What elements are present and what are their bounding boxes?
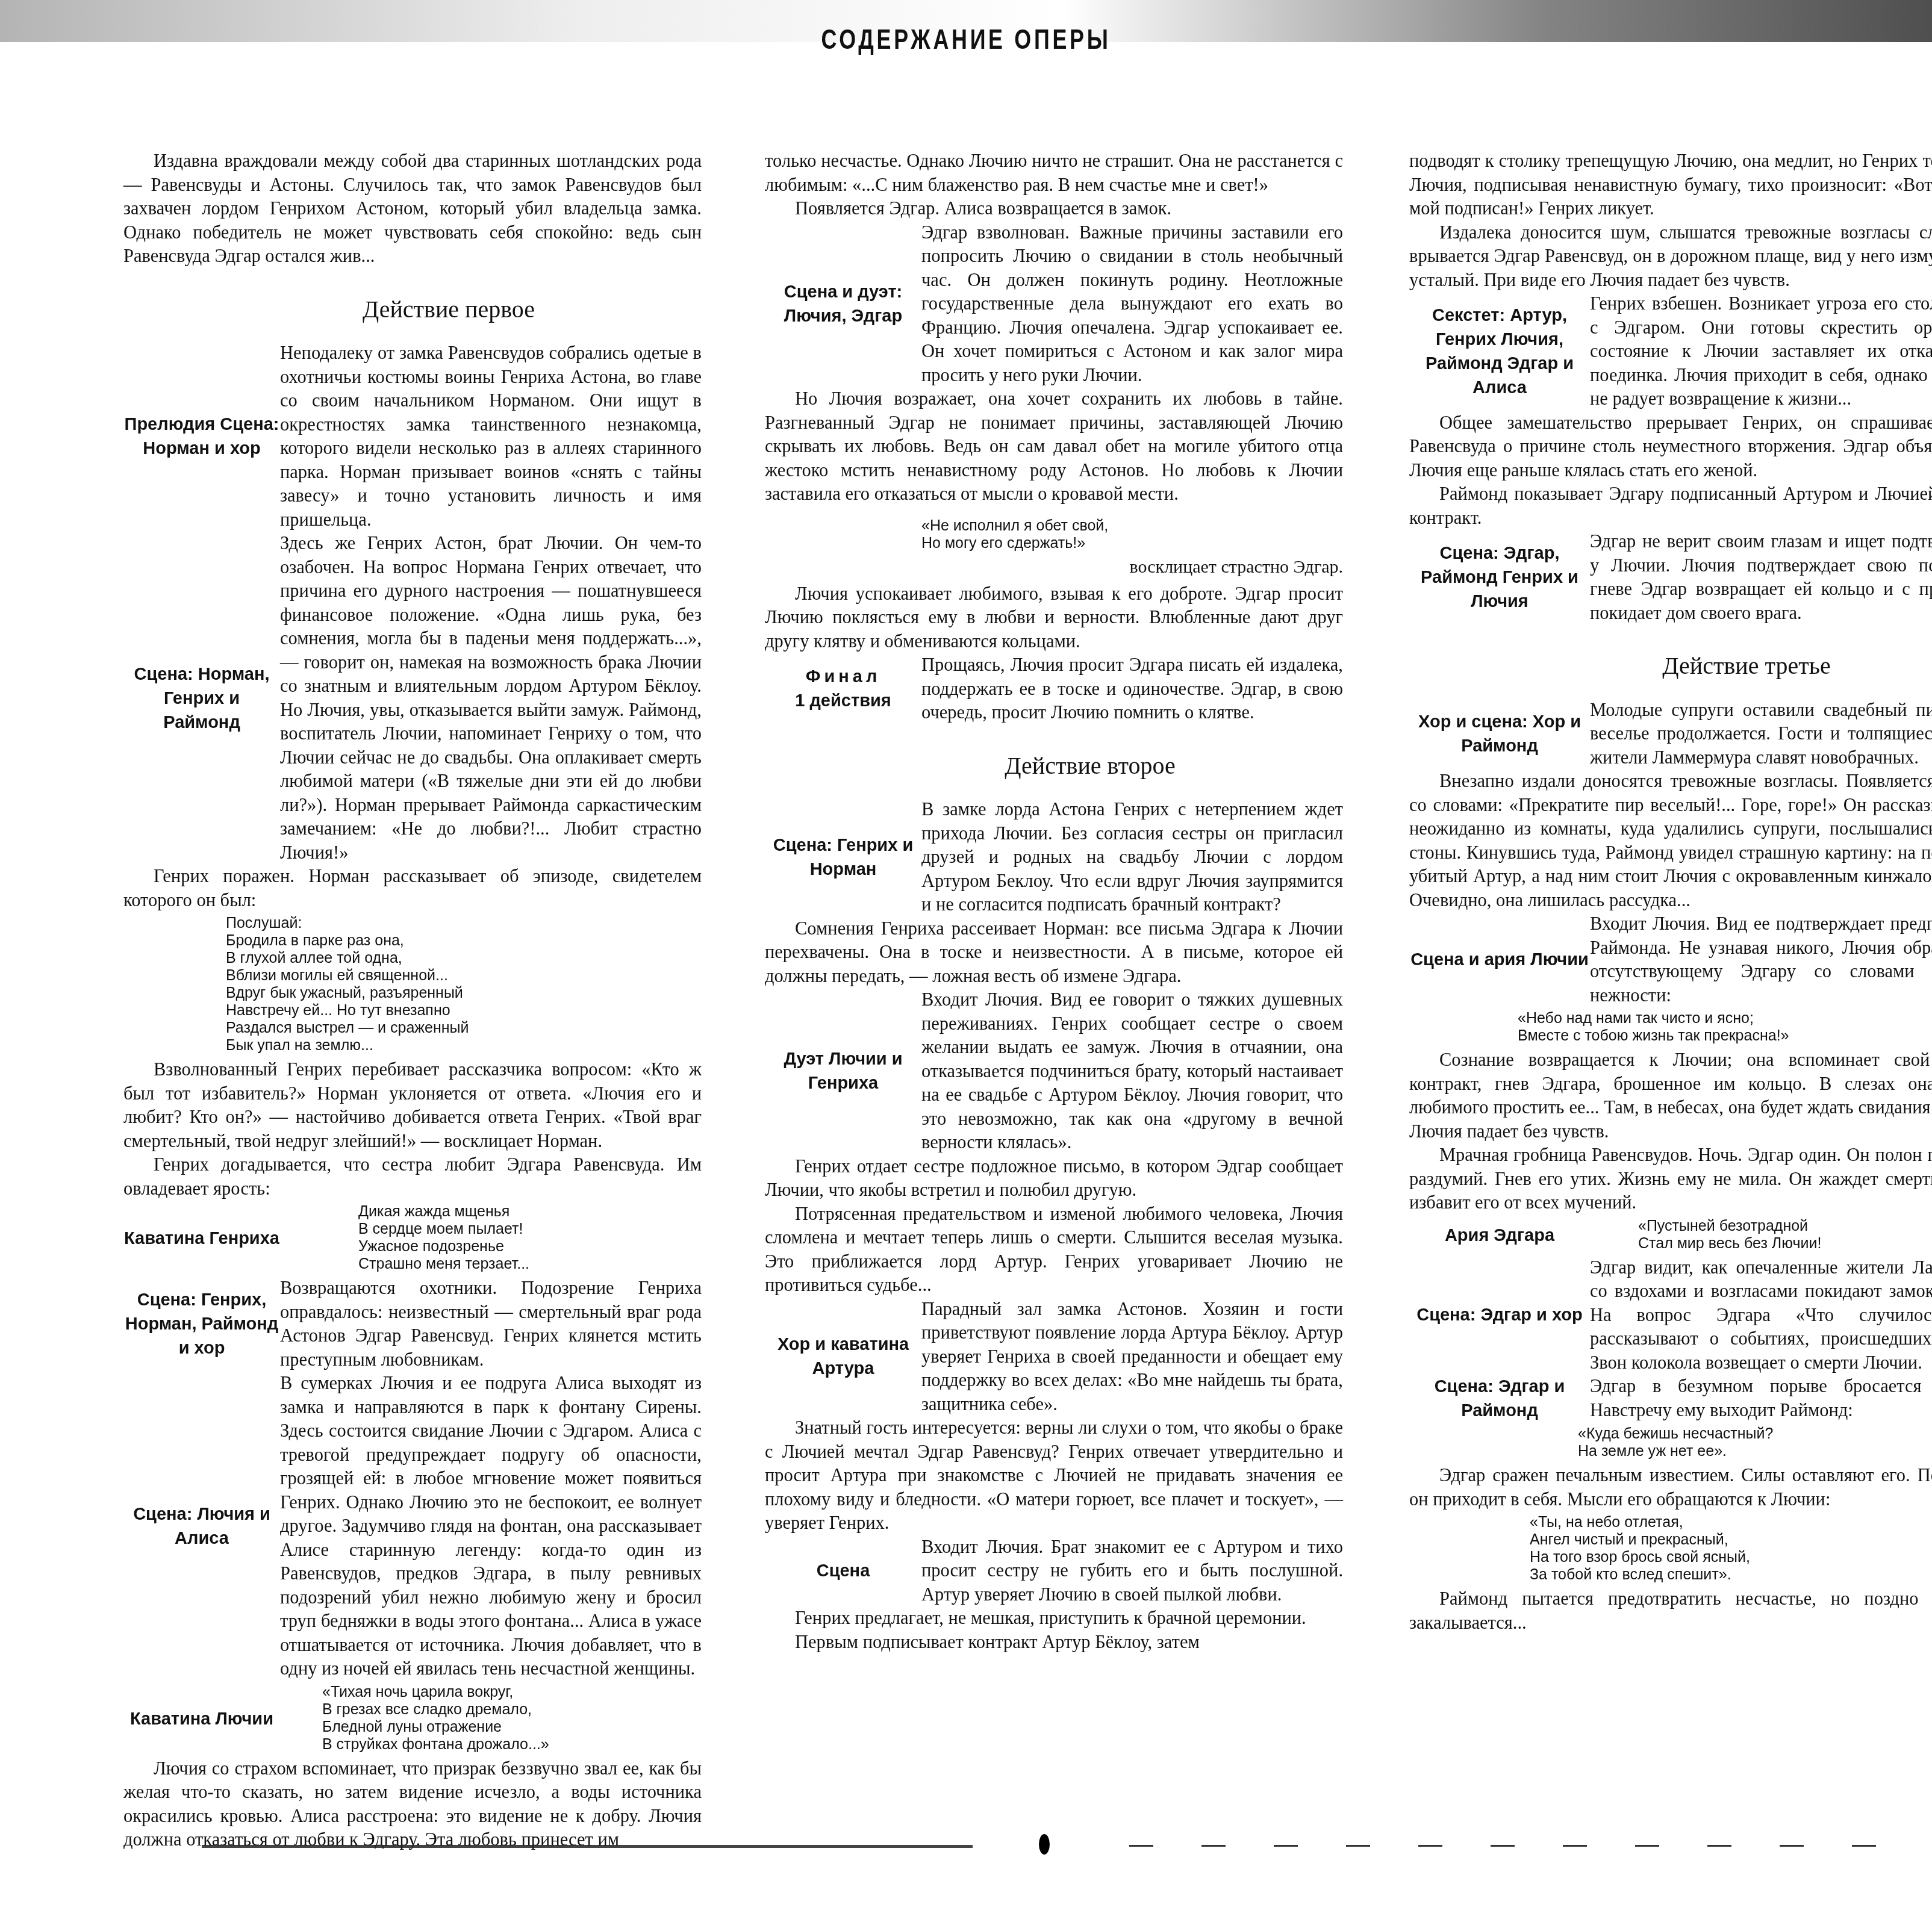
verse: «Ты, на небо отлетая, Ангел чистый и пре… — [1409, 1514, 1932, 1584]
scene-block: Ария Эдгара «Пустыней безотрадной Стал м… — [1409, 1215, 1932, 1256]
scene-label: Прелюдия Сцена: Норман и хор — [123, 412, 280, 461]
scene-label: Сцена — [765, 1559, 921, 1583]
scene-block: Сцена: Генрих, Норман, Раймонд и хор Воз… — [123, 1277, 702, 1372]
scene-text: В сумерках Лючия и ее подруга Алиса выхо… — [280, 1372, 702, 1681]
paragraph: Потрясенная предательством и изменой люб… — [765, 1202, 1343, 1298]
paragraph: Внезапно издали доносятся тревожные возг… — [1409, 770, 1932, 912]
scene-block: Сцена: Эдгар и хор Эдгар видит, как опеч… — [1409, 1256, 1932, 1375]
scene-text: Эдгар в безумном порыве бросается к замк… — [1590, 1375, 1932, 1422]
paragraph: Знатный гость интересуется: верны ли слу… — [765, 1416, 1343, 1535]
paragraph: Но Лючия возражает, она хочет сохранить … — [765, 387, 1343, 506]
scene-label: Сцена и дуэт: Лючия, Эдгар — [765, 280, 921, 328]
paragraph: только несчастье. Однако Лючию ничто не … — [765, 149, 1343, 197]
scene-block: Дуэт Лючии и Генриха Входит Лючия. Вид е… — [765, 988, 1343, 1155]
verse: Дикая жажда мщенья В сердце моем пылает!… — [280, 1203, 702, 1273]
scene-label: Хор и сцена: Хор и Раймонд — [1409, 710, 1590, 758]
scene-block: Прелюдия Сцена: Норман и хор Неподалеку … — [123, 341, 702, 532]
footer-rule-left — [202, 1845, 973, 1848]
paragraph: Общее замешательство прерывает Генрих, о… — [1409, 411, 1932, 483]
column-2: только несчастье. Однако Лючию ничто не … — [765, 149, 1343, 1654]
scene-label: Сцена: Норман, Генрих и Раймонд — [123, 662, 280, 735]
scene-block: Сцена: Эдгар и Раймонд Эдгар в безумном … — [1409, 1375, 1932, 1423]
paragraph: Появляется Эдгар. Алиса возвращается в з… — [765, 197, 1343, 221]
scene-label: Сцена: Генрих и Норман — [765, 833, 921, 882]
scene-label: Хор и каватина Артура — [765, 1332, 921, 1381]
intro-paragraph: Издавна враждовали между собой два стари… — [123, 149, 702, 269]
verse: «Тихая ночь царила вокруг, В грезах все … — [280, 1684, 702, 1753]
scene-text: Здесь же Генрих Астон, брат Лючии. Он че… — [280, 532, 702, 865]
scene-label: Сцена: Эдгар, Раймонд Генрих и Лючия — [1409, 541, 1590, 614]
scene-text: Входит Лючия. Вид ее говорит о тяжких ду… — [921, 988, 1343, 1155]
scene-text: Эдгар не верит своим глазам и ищет подтв… — [1590, 530, 1932, 625]
scene-label: Дуэт Лючии и Генриха — [765, 1047, 921, 1095]
paragraph: Эдгар сражен печальным известием. Силы о… — [1409, 1464, 1932, 1511]
scene-label: Каватина Генриха — [123, 1227, 280, 1251]
finale-label: Финал — [806, 667, 881, 686]
paragraph: Первым подписывает контракт Артур Бёклоу… — [765, 1631, 1343, 1655]
page-title: СОДЕРЖАНИЕ ОПЕРЫ — [213, 23, 1719, 55]
page-footer-rule — [202, 1842, 1876, 1850]
scene-block: Сцена: Эдгар, Раймонд Генрих и Лючия Эдг… — [1409, 530, 1932, 625]
paragraph: Лючия со страхом вспоминает, что призрак… — [123, 1757, 702, 1852]
scene-text: Эдгар видит, как опечаленные жители Ламм… — [1590, 1256, 1932, 1375]
scene-block: Хор и сцена: Хор и Раймонд Молодые супру… — [1409, 698, 1932, 770]
paragraph: Лючия успокаивает любимого, взывая к его… — [765, 582, 1343, 654]
scene-block: Сцена и дуэт: Лючия, Эдгар Эдгар взволно… — [765, 221, 1343, 388]
scene-label: Сцена: Лючия и Алиса — [123, 1502, 280, 1550]
scene-text: Молодые супруги оставили свадебный пир, … — [1590, 698, 1932, 770]
scene-text: Входит Лючия. Вид ее подтверждает предпо… — [1590, 912, 1932, 1007]
scene-block: Сцена и ария Лючии Входит Лючия. Вид ее … — [1409, 912, 1932, 1007]
verse: «Небо над нами так чисто и ясно; Вместе … — [1409, 1010, 1932, 1045]
scene-text: Эдгар взволнован. Важные причины застави… — [921, 221, 1343, 388]
act-2-heading: Действие второе — [765, 754, 1343, 778]
scene-label: Сцена: Эдгар и Раймонд — [1409, 1375, 1590, 1423]
scene-label: Каватина Лючии — [123, 1707, 280, 1731]
paragraph: Сознание возвращается к Лючии; она вспом… — [1409, 1048, 1932, 1143]
scene-text: Возвращаются охотники. Подозрение Генрих… — [280, 1277, 702, 1372]
paragraph: Мрачная гробница Равенсвудов. Ночь. Эдга… — [1409, 1143, 1932, 1215]
scene-label: Финал 1 действия — [765, 665, 921, 713]
verse: «Пустыней безотрадной Стал мир весь без … — [1590, 1217, 1932, 1252]
scene-block: Каватина Лючии «Тихая ночь царила вокруг… — [123, 1681, 702, 1757]
finale-sublabel: 1 действия — [795, 691, 891, 711]
scene-text: Генрих взбешен. Возникает угроза его сто… — [1590, 292, 1932, 411]
paragraph: Генрих предлагает, не мешкая, приступить… — [765, 1606, 1343, 1631]
paragraph: Генрих догадывается, что сестра любит Эд… — [123, 1153, 702, 1201]
scene-label: Сцена и ария Лючии — [1409, 948, 1590, 972]
paragraph: Генрих отдает сестре подложное письмо, в… — [765, 1155, 1343, 1202]
footer-rule-right — [1129, 1845, 1876, 1847]
verse-attribution: восклицает страстно Эдгар. — [765, 556, 1343, 579]
paragraph: Раймонд пытается предотвратить несчастье… — [1409, 1587, 1932, 1635]
verse: «Не исполнил я обет свой, Но могу его сд… — [765, 517, 1343, 552]
paragraph: Издалека доносится шум, слышатся тревожн… — [1409, 221, 1932, 293]
center-dot-ornament — [1039, 1834, 1050, 1855]
scene-block: Финал 1 действия Прощаясь, Лючия просит … — [765, 653, 1343, 725]
scene-label: Ария Эдгара — [1409, 1224, 1590, 1248]
column-3: подводят к столику трепещущую Лючию, она… — [1409, 149, 1932, 1635]
scene-block: Сцена: Генрих и Норман В замке лорда Аст… — [765, 798, 1343, 917]
scene-text: В замке лорда Астона Генрих с нетерпение… — [921, 798, 1343, 917]
scene-label: Секстет: Артур, Генрих Лючия, Раймонд Эд… — [1409, 303, 1590, 400]
scene-block: Хор и каватина Артура Парадный зал замка… — [765, 1298, 1343, 1417]
scene-block: Каватина Генриха Дикая жажда мщенья В се… — [123, 1201, 702, 1277]
paragraph: Взволнованный Генрих перебивает рассказч… — [123, 1058, 702, 1153]
column-1: Издавна враждовали между собой два стари… — [123, 149, 702, 1852]
scene-text: Прощаясь, Лючия просит Эдгара писать ей … — [921, 653, 1343, 725]
act-1-heading: Действие первое — [123, 297, 702, 322]
scene-block: Секстет: Артур, Генрих Лючия, Раймонд Эд… — [1409, 292, 1932, 411]
paragraph: подводят к столику трепещущую Лючию, она… — [1409, 149, 1932, 221]
scene-label: Сцена: Генрих, Норман, Раймонд и хор — [123, 1288, 280, 1360]
scene-block: Сцена: Лючия и Алиса В сумерках Лючия и … — [123, 1372, 702, 1681]
verse: «Куда бежишь несчастный? На земле уж нет… — [1409, 1425, 1932, 1460]
scene-text: Входит Лючия. Брат знакомит ее с Артуром… — [921, 1535, 1343, 1607]
scene-label: Сцена: Эдгар и хор — [1409, 1303, 1590, 1327]
verse: Послушай: Бродила в парке раз она, В глу… — [123, 915, 702, 1054]
act-3-heading: Действие третье — [1409, 654, 1932, 678]
scene-block: Сцена: Норман, Генрих и Раймонд Здесь же… — [123, 532, 702, 865]
paragraph: Генрих поражен. Норман рассказывает об э… — [123, 865, 702, 912]
paragraph: Сомнения Генриха рассеивает Норман: все … — [765, 917, 1343, 989]
paragraph: Раймонд показывает Эдгару подписанный Ар… — [1409, 482, 1932, 530]
scene-block: Сцена Входит Лючия. Брат знакомит ее с А… — [765, 1535, 1343, 1607]
scene-text: Неподалеку от замка Равенсвудов собралис… — [280, 341, 702, 532]
scene-text: Парадный зал замка Астонов. Хозяин и гос… — [921, 1298, 1343, 1417]
